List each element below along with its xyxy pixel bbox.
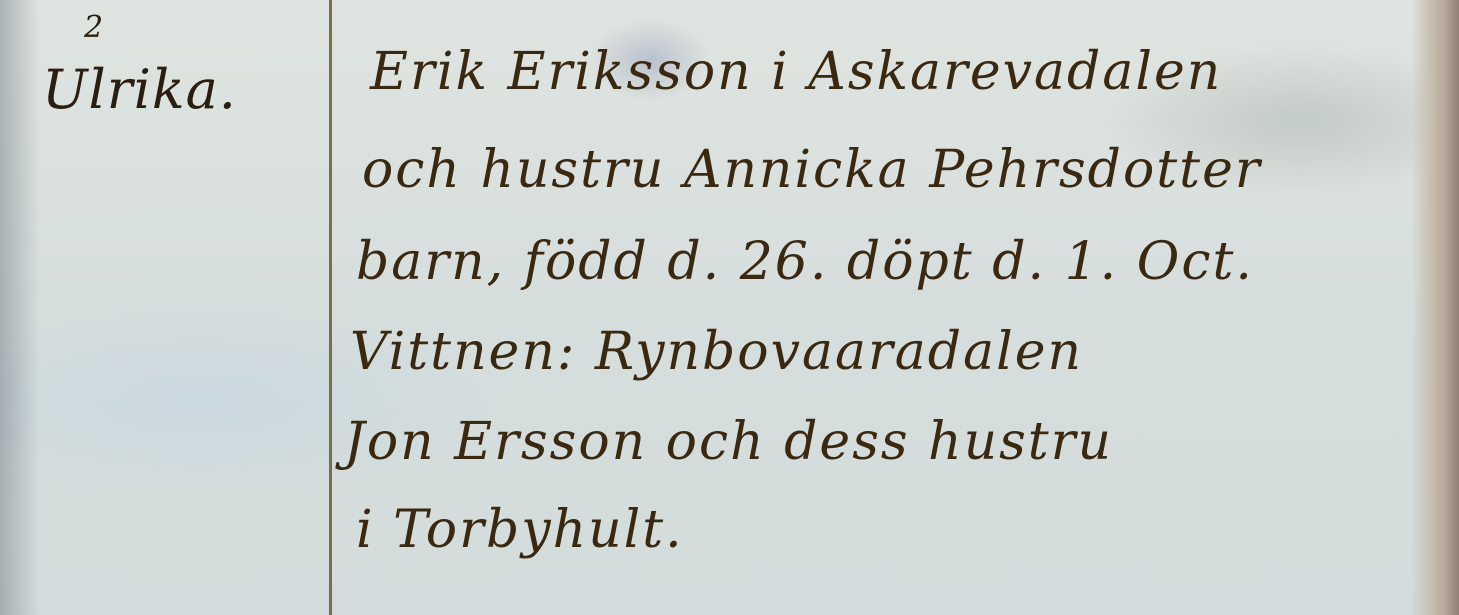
entry-line-witnesses: Vittnen: Rynbovaaradalen (350, 322, 1083, 382)
margin-column: 2 Ulrika. (0, 0, 329, 615)
entry-line-witness-names: Jon Ersson och dess hustru (344, 412, 1113, 472)
entry-number: 2 (84, 10, 103, 45)
record-entry: Erik Eriksson i Askarevadalen och hustru… (340, 0, 1420, 615)
entry-line-place: i Torbyhult. (356, 500, 684, 560)
document-page: 2 Ulrika. Erik Eriksson i Askarevadalen … (0, 0, 1459, 615)
entry-line-father: Erik Eriksson i Askarevadalen (370, 42, 1222, 102)
page-binding-edge (1411, 0, 1459, 615)
entry-line-mother: och hustru Annicka Pehrsdotter (362, 140, 1262, 200)
child-name: Ulrika. (42, 58, 237, 121)
margin-rule-line (329, 0, 332, 615)
entry-line-dates: barn, född d. 26. döpt d. 1. Oct. (356, 232, 1254, 292)
